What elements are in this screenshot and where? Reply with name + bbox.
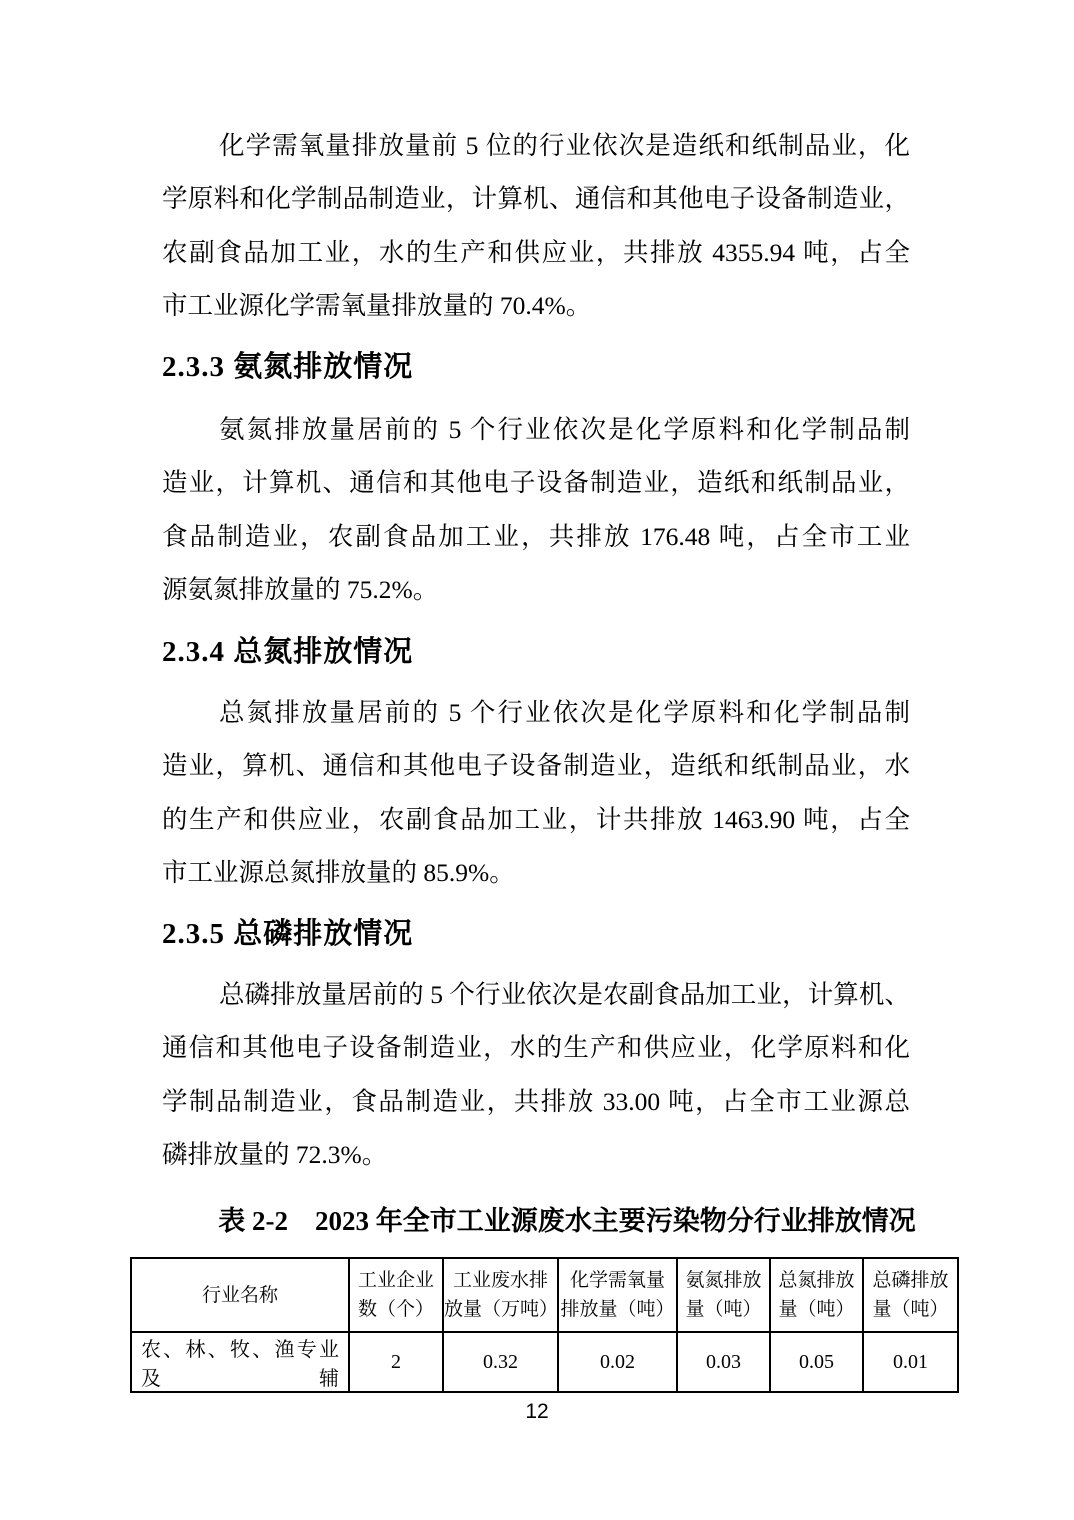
text-line: 源氨氮排放量的 75.2%。 [162,563,910,616]
text-line: 磷排放量的 72.3%。 [162,1128,910,1181]
col-header-wastewater: 工业废水排 放量（万吨） [443,1258,558,1332]
text-line: 总氮排放量居前的 5 个行业依次是化学原料和化学制品制 [162,686,910,739]
header-text: 化学需氧量 [559,1266,676,1295]
paragraph-cod: 化学需氧量排放量前 5 位的行业依次是造纸和纸制品业，化 学原料和化学制品制造业… [162,119,910,333]
col-header-industry-name: 行业名称 [131,1258,349,1332]
col-header-ammonia: 氨氮排放 量（吨） [677,1258,770,1332]
section-heading-2-3-3: 2.3.3 氨氮排放情况 [162,349,910,385]
cell-total-nitrogen: 0.05 [770,1332,863,1392]
cell-total-phosphorus: 0.01 [863,1332,958,1392]
header-text: 工业废水排 [444,1266,557,1295]
cell-cod: 0.02 [558,1332,677,1392]
header-text: 行业名称 [132,1281,348,1310]
table-row: 农、林、牧、渔专业及辅 2 0.32 0.02 0.03 0.05 0.01 [131,1332,958,1392]
paragraph-total-phosphorus: 总磷排放量居前的 5 个行业依次是农副食品加工业，计算机、 通信和其他电子设备制… [162,968,910,1182]
document-page: 化学需氧量排放量前 5 位的行业依次是造纸和纸制品业，化 学原料和化学制品制造业… [0,0,1074,1520]
col-header-cod: 化学需氧量 排放量（吨） [558,1258,677,1332]
text-line: 氨氮排放量居前的 5 个行业依次是化学原料和化学制品制 [162,403,910,456]
cell-ammonia: 0.03 [677,1332,770,1392]
header-text: 量（吨） [678,1295,769,1324]
cell-enterprise-count: 2 [349,1332,443,1392]
text-line: 学制品制造业，食品制造业，共排放 33.00 吨，占全市工业源总 [162,1075,910,1128]
text-line: 总磷排放量居前的 5 个行业依次是农副食品加工业，计算机、 [162,968,910,1021]
cell-wastewater: 0.32 [443,1332,558,1392]
header-text: 总氮排放 [771,1266,862,1295]
section-heading-2-3-5: 2.3.5 总磷排放情况 [162,916,910,952]
text-line: 食品制造业，农副食品加工业，共排放 176.48 吨，占全市工业 [162,510,910,563]
header-text: 工业企业 [350,1266,442,1295]
text-line: 造业，计算机、通信和其他电子设备制造业，造纸和纸制品业， [162,456,910,509]
header-text: 放量（万吨） [444,1295,557,1324]
header-text: 数（个） [350,1295,442,1324]
text-line: 通信和其他电子设备制造业，水的生产和供应业，化学原料和化 [162,1021,910,1074]
table-caption: 表 2-2 2023 年全市工业源废水主要污染物分行业排放情况 [162,1203,972,1239]
paragraph-ammonia: 氨氮排放量居前的 5 个行业依次是化学原料和化学制品制 造业，计算机、通信和其他… [162,403,910,617]
text-line: 市工业源化学需氧量排放量的 70.4%。 [162,279,910,332]
text-line: 的生产和供应业，农副食品加工业，计共排放 1463.90 吨，占全 [162,793,910,846]
text-line: 学原料和化学制品制造业，计算机、通信和其他电子设备制造业， [162,172,910,225]
header-text: 排放量（吨） [559,1295,676,1324]
emissions-table: 行业名称 工业企业 数（个） 工业废水排 放量（万吨） 化学需氧量 排放量（吨）… [130,1257,959,1393]
header-text: 量（吨） [771,1295,862,1324]
header-text: 量（吨） [864,1295,957,1324]
text-line: 市工业源总氮排放量的 85.9%。 [162,846,910,899]
col-header-total-nitrogen: 总氮排放 量（吨） [770,1258,863,1332]
text-line: 农副食品加工业，水的生产和供应业，共排放 4355.94 吨，占全 [162,226,910,279]
text-line: 化学需氧量排放量前 5 位的行业依次是造纸和纸制品业，化 [162,119,910,172]
header-text: 氨氮排放 [678,1266,769,1295]
col-header-total-phosphorus: 总磷排放 量（吨） [863,1258,958,1332]
cell-industry-name: 农、林、牧、渔专业及辅 [131,1332,349,1392]
header-text: 总磷排放 [864,1266,957,1295]
text-line: 造业，算机、通信和其他电子设备制造业，造纸和纸制品业，水 [162,739,910,792]
page-number: 12 [0,1400,1074,1424]
col-header-enterprise-count: 工业企业 数（个） [349,1258,443,1332]
section-heading-2-3-4: 2.3.4 总氮排放情况 [162,634,910,670]
table-header-row: 行业名称 工业企业 数（个） 工业废水排 放量（万吨） 化学需氧量 排放量（吨）… [131,1258,958,1332]
paragraph-total-nitrogen: 总氮排放量居前的 5 个行业依次是化学原料和化学制品制 造业，算机、通信和其他电… [162,686,910,900]
